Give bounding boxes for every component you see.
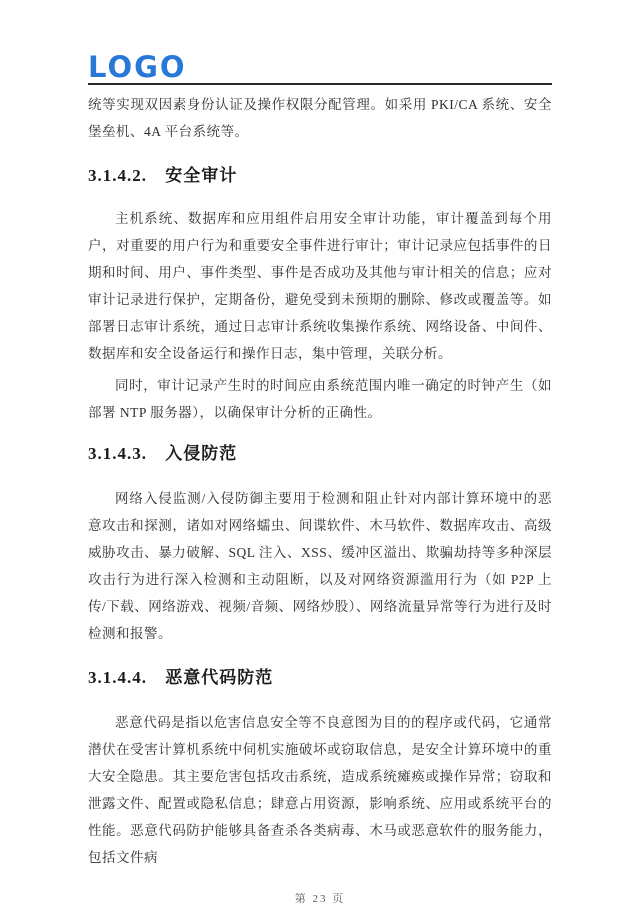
section-title: 安全审计	[165, 166, 237, 185]
section-heading-malicious-code-prevention: 3.1.4.4. 恶意代码防范	[88, 667, 552, 689]
section-number: 3.1.4.4.	[88, 668, 147, 687]
section-heading-intrusion-prevention: 3.1.4.3. 入侵防范	[88, 443, 552, 465]
document-page: LOGO 统等实现双因素身份认证及操作权限分配管理。如采用 PKI/CA 系统、…	[0, 0, 640, 906]
logo: LOGO	[88, 52, 552, 83]
section-number: 3.1.4.2.	[88, 166, 147, 185]
body-paragraph: 网络入侵监测/入侵防御主要用于检测和阻止针对内部计算环境中的恶意攻击和探测，诸如…	[88, 485, 552, 647]
page-number: 第 23 页	[88, 890, 552, 906]
section-title: 入侵防范	[165, 444, 237, 463]
body-paragraph: 同时，审计记录产生时的时间应由系统范围内唯一确定的时钟产生（如部署 NTP 服务…	[88, 372, 552, 426]
body-paragraph: 主机系统、数据库和应用组件启用安全审计功能，审计覆盖到每个用户，对重要的用户行为…	[88, 205, 552, 367]
body-paragraph: 恶意代码是指以危害信息安全等不良意图为目的的程序或代码，它通常潜伏在受害计算机系…	[88, 709, 552, 871]
section-number: 3.1.4.3.	[88, 444, 147, 463]
section-title: 恶意代码防范	[165, 668, 273, 687]
continuation-paragraph: 统等实现双因素身份认证及操作权限分配管理。如采用 PKI/CA 系统、安全堡垒机…	[88, 91, 552, 145]
section-heading-security-audit: 3.1.4.2. 安全审计	[88, 165, 552, 187]
